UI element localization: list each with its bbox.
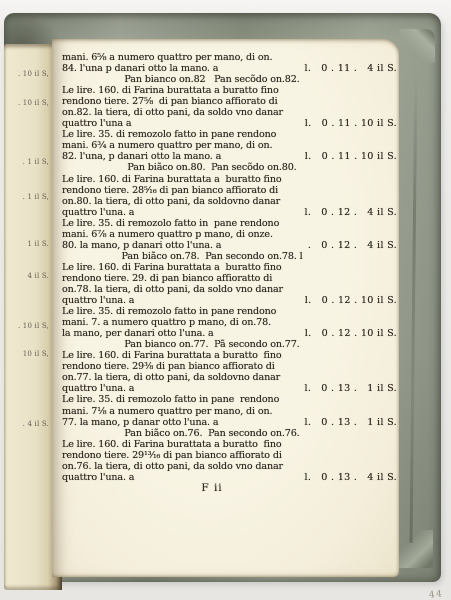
line-text: Le lire. 160. di Farina burattata a bura… — [62, 262, 281, 273]
cover-corner-fold-top — [399, 29, 435, 63]
line-text: rendono tiere. 29¹³⁄₁₆ di pan bianco aff… — [62, 450, 282, 461]
line-text: quattro l'una. a — [62, 383, 134, 394]
text-line: rendono tiere. 27⅝ di pan bianco affiora… — [62, 96, 399, 107]
line-text: Pan bianco on.82 Pan secõdo on.82. — [124, 74, 299, 85]
page-fragment: . 1 il S, — [23, 158, 49, 166]
text-line: quattro l'una. al. 0 . 12 . 4 il S. — [62, 207, 399, 218]
price-value: l. 0 . 12 . 10 il S. — [305, 295, 397, 306]
signature-mark: F ii — [62, 483, 362, 494]
price-value: l. 0 . 13 . 1 il S. — [305, 383, 398, 394]
line-text: quattro l'una. a — [62, 207, 134, 218]
text-line: on.82. la tiera, di otto pani, da soldo … — [62, 107, 399, 118]
line-text: on.77. la tiera, di otto pani, da soldov… — [62, 372, 280, 383]
line-text: 77. la mano, p danar otto l'una. a — [62, 417, 218, 428]
line-text: F ii — [201, 482, 222, 494]
text-line: 77. la mano, p danar otto l'una. al. 0 .… — [62, 417, 399, 428]
text-line: mani. 6⅞ a numero quattro p mano, di onz… — [62, 229, 399, 240]
line-text: mani. 7⅛ a numero quattro per mano, di o… — [62, 406, 272, 417]
line-text: rendono tiere. 27⅝ di pan bianco affiora… — [62, 96, 278, 107]
text-line: rendono tiere. 28⁵⁄₁₆ di pan bianco affi… — [62, 185, 399, 196]
page-fragment: . 1 il S, — [23, 193, 49, 201]
line-text: on.82. la tiera, di otto pani, da soldo … — [62, 107, 283, 118]
line-text: on.80. la tiera, di otto pani, da soldov… — [62, 196, 280, 207]
text-line: quattro l'una. al. 0 . 13 . 4 il S. — [62, 472, 399, 483]
section-heading: Pan bianco on.77. Pã secondo on.77. — [62, 339, 362, 350]
text-line: 80. la mano, p danari otto l'una. a. 0 .… — [62, 240, 399, 251]
text-line: on.76. la tiera, di otto pani, da soldo … — [62, 461, 399, 472]
page-fragment: 10 il S, — [23, 350, 49, 358]
text-line: 84. l'una p danari otto la mano. al. 0 .… — [62, 63, 399, 74]
cover-corner-fold-bottom — [393, 530, 433, 568]
line-text: quattro l'una. a — [62, 472, 134, 483]
page-fragment: . 4 il S. — [23, 420, 49, 428]
line-text: rendono tiere. 29⅜ di pan bianco affiora… — [62, 361, 275, 372]
text-line: quattro l'una. al. 0 . 12 . 10 il S. — [62, 295, 399, 306]
text-line: la mano, per danari otto l'una. al. 0 . … — [62, 328, 399, 339]
page-fragment: . 10 il S, — [18, 99, 49, 107]
price-value: l. 0 . 13 . 4 il S. — [305, 472, 398, 483]
line-text: Le lire. 160. di Farina burattata a bura… — [62, 439, 281, 450]
text-line: mani. 7. a numero quattro p mano, di on.… — [62, 317, 399, 328]
text-line: on.78. la tiera, di otto pani, da soldo … — [62, 284, 399, 295]
price-value: l. 0 . 12 . 10 il S. — [305, 328, 397, 339]
text-line: quattro l'una. al. 0 . 13 . 1 il S. — [62, 383, 399, 394]
text-line: mani. 6¾ a numero quattro per mano, di o… — [62, 140, 399, 151]
text-line: on.80. la tiera, di otto pani, da soldov… — [62, 196, 399, 207]
text-line: Le lire. 160. di Farina burattata a bura… — [62, 262, 399, 273]
section-heading: Pan biãco on.78. Pan secondo on.78. l — [62, 251, 362, 262]
line-text: Pan bianco on.77. Pã secondo on.77. — [124, 339, 299, 350]
text-line: Le lire. 160. di Farina burattata a bura… — [62, 174, 399, 185]
line-text: mani. 6¾ a numero quattro per mano, di o… — [62, 140, 272, 151]
right-page: mani. 6⅝ a numero quattro per mano, di o… — [52, 39, 399, 577]
line-text: Le lire. 160. di Farina burattata a bura… — [62, 85, 279, 96]
line-text: Le lire. 35. di remozolo fatto in pane r… — [62, 306, 276, 317]
line-text: 82. l'una, p danari otto la mano. a — [62, 151, 221, 162]
line-text: 84. l'una p danari otto la mano. a — [62, 63, 218, 74]
section-heading: Pan biãco on.76. Pan secondo on.76. — [62, 428, 362, 439]
line-text: mani. 6⅝ a numero quattro per mano, di o… — [62, 52, 272, 63]
page-fragment: 1 il S. — [27, 240, 49, 248]
line-text: Le lire. 160. di Farina burattata a bura… — [62, 350, 281, 361]
section-heading: Pan biãco on.80. Pan secõdo on.80. — [62, 162, 362, 173]
price-value: . 0 . 12 . 4 il S. — [308, 240, 397, 251]
line-text: Pan biãco on.80. Pan secõdo on.80. — [127, 162, 296, 173]
page-fragment: . 10 il S, — [18, 322, 49, 330]
line-text: Le lire. 35. di remozolo fatto in pane r… — [62, 218, 279, 229]
book-photo: . 10 il S,. 10 il S,. 1 il S,. 1 il S,1 … — [0, 0, 451, 600]
line-text: mani. 7. a numero quattro p mano, di on.… — [62, 317, 271, 328]
line-text: la mano, per danari otto l'una. a — [62, 328, 214, 339]
line-text: Le lire. 160. di Farina burattata a bura… — [62, 174, 281, 185]
text-block: mani. 6⅝ a numero quattro per mano, di o… — [62, 52, 399, 494]
text-line: Le lire. 35. di remozolo fatto in pane r… — [62, 394, 399, 405]
line-text: quattro l'una a — [62, 118, 131, 129]
line-text: on.78. la tiera, di otto pani, da soldo … — [62, 284, 283, 295]
price-value: l. 0 . 11 . 10 il S. — [305, 151, 397, 162]
text-line: rendono tiere. 29. di pan bianco affiora… — [62, 273, 399, 284]
text-line: Le lire. 160. di Farina burattata a bura… — [62, 350, 399, 361]
price-value: l. 0 . 11 . 4 il S. — [305, 63, 398, 74]
pencil-mark: 44 — [429, 589, 444, 600]
line-text: quattro l'una. a — [62, 295, 134, 306]
text-line: 82. l'una, p danari otto la mano. al. 0 … — [62, 151, 399, 162]
text-line: quattro l'una al. 0 . 11 . 10 il S. — [62, 118, 399, 129]
line-text: Le lire. 35. di remozolo fatto in pane r… — [62, 394, 279, 405]
price-value: l. 0 . 12 . 4 il S. — [305, 207, 398, 218]
page-fragment: . 10 il S, — [18, 70, 49, 78]
line-text: Pan biãco on.78. Pan secondo on.78. l — [121, 251, 302, 262]
text-line: Le lire. 160. di Farina burattata a bura… — [62, 439, 399, 450]
line-text: Pan biãco on.76. Pan secondo on.76. — [124, 428, 299, 439]
text-line: Le lire. 35. di remozolo fatto in pane r… — [62, 306, 399, 317]
line-text: Le lire. 35. di remozolo fatto in pane r… — [62, 129, 276, 140]
text-line: Le lire. 35. di remozolo fatto in pane r… — [62, 129, 399, 140]
price-value: l. 0 . 11 . 10 il S. — [305, 118, 397, 129]
text-line: mani. 7⅛ a numero quattro per mano, di o… — [62, 406, 399, 417]
line-text: rendono tiere. 29. di pan bianco affiora… — [62, 273, 272, 284]
line-text: on.76. la tiera, di otto pani, da soldo … — [62, 461, 283, 472]
line-text: rendono tiere. 28⁵⁄₁₆ di pan bianco affi… — [62, 185, 278, 196]
text-line: on.77. la tiera, di otto pani, da soldov… — [62, 372, 399, 383]
text-line: Le lire. 160. di Farina burattata a bura… — [62, 85, 399, 96]
line-text: mani. 6⅞ a numero quattro p mano, di onz… — [62, 229, 273, 240]
text-line: Le lire. 35. di remozolo fatto in pane r… — [62, 218, 399, 229]
text-line: rendono tiere. 29¹³⁄₁₆ di pan bianco aff… — [62, 450, 399, 461]
text-line: rendono tiere. 29⅜ di pan bianco affiora… — [62, 361, 399, 372]
price-value: l. 0 . 13 . 1 il S. — [305, 417, 398, 428]
line-text: 80. la mano, p danari otto l'una. a — [62, 240, 221, 251]
text-line: mani. 6⅝ a numero quattro per mano, di o… — [62, 52, 399, 63]
page-fragment: 4 il S. — [27, 272, 49, 280]
cover-crease — [410, 73, 418, 543]
section-heading: Pan bianco on.82 Pan secõdo on.82. — [62, 74, 362, 85]
